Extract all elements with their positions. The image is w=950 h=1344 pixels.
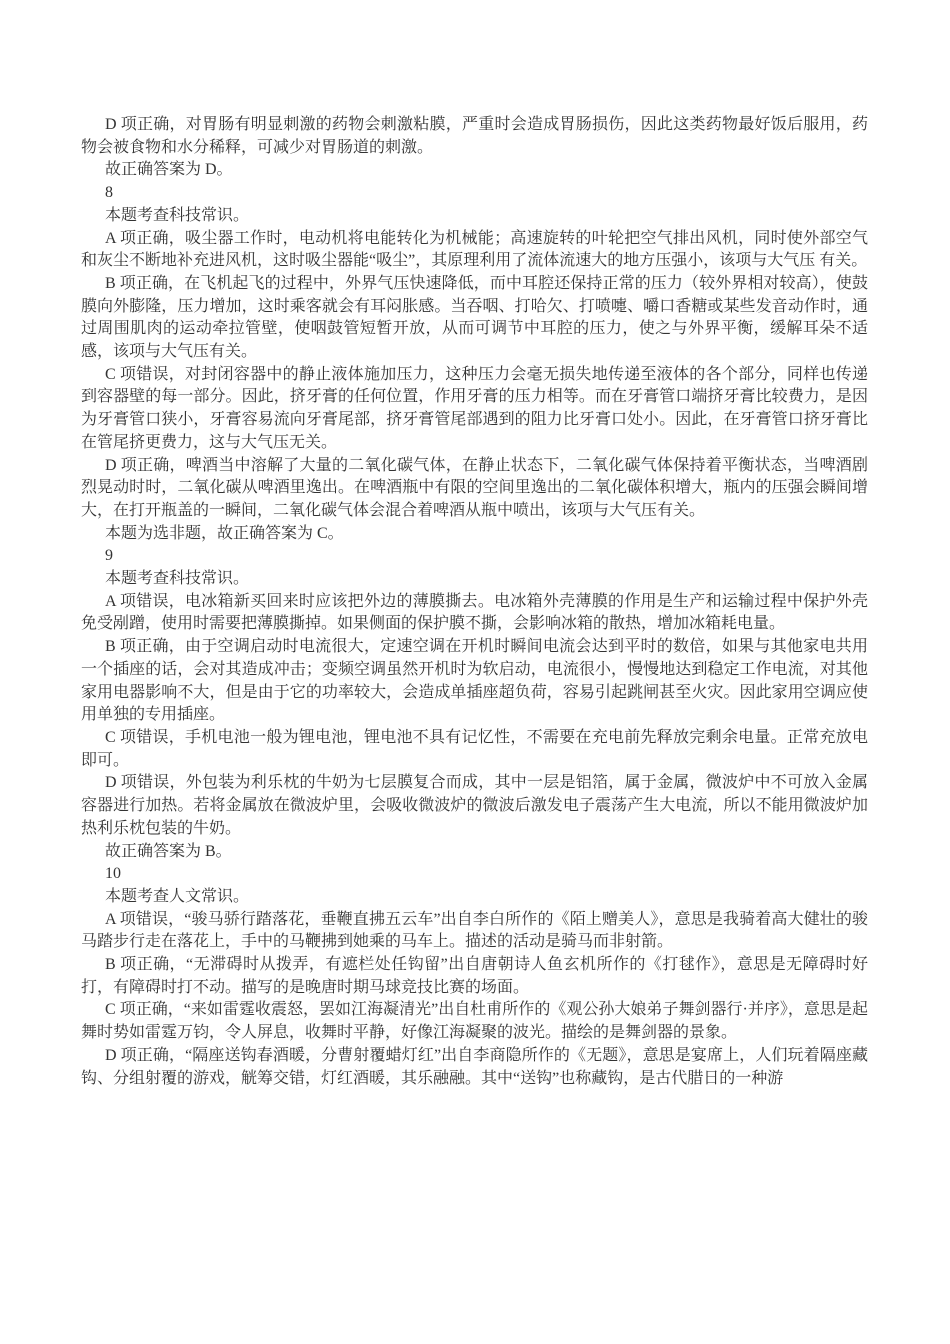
paragraph-option-a-q9: A 项错误，电冰箱新买回来时应该把外边的薄膜撕去。电冰箱外壳薄膜的作用是生产和运… xyxy=(81,591,868,636)
paragraph-option-c-q10: C 项正确，“来如雷霆收震怒，罢如江海凝清光”出自杜甫所作的《观公孙大娘弟子舞剑… xyxy=(81,999,868,1044)
paragraph-option-b-q10: B 项正确，“无滞碍时从拨弄，有遮栏处任钩留”出自唐朝诗人鱼玄机所作的《打毬作》… xyxy=(81,954,868,999)
paragraph-option-d-q10: D 项正确，“隔座送钩春酒暖，分曹射覆蜡灯红”出自李商隐所作的《无题》，意思是宴… xyxy=(81,1045,868,1090)
paragraph-option-c-q9: C 项错误，手机电池一般为锂电池，锂电池不具有记忆性，不需要在充电前先释放完剩余… xyxy=(81,727,868,772)
paragraph-option-c-q8: C 项错误，对封闭容器中的静止液体施加压力，这种压力会毫无损失地传递至液体的各个… xyxy=(81,364,868,455)
paragraph-option-d-q9: D 项错误，外包装为利乐枕的牛奶为七层膜复合而成，其中一层是铝箔，属于金属，微波… xyxy=(81,772,868,840)
paragraph-option-d-q8: D 项正确，啤酒当中溶解了大量的二氧化碳气体，在静止状态下，二氧化碳气体保持着平… xyxy=(81,455,868,523)
paragraph-option-a-q10: A 项错误，“骏马骄行踏落花，垂鞭直拂五云车”出自李白所作的《陌上赠美人》，意思… xyxy=(81,909,868,954)
exam-point-q10: 本题考查人文常识。 xyxy=(81,886,868,909)
paragraph-option-b-q9: B 项正确，由于空调启动时电流很大，定速空调在开机时瞬间电流会达到平时的数倍，如… xyxy=(81,636,868,727)
exam-point-q9: 本题考查科技常识。 xyxy=(81,568,868,591)
question-number-q10: 10 xyxy=(81,863,868,886)
question-number-q9: 9 xyxy=(81,545,868,568)
document-page: D 项正确，对胃肠有明显刺激的药物会刺激粘膜，严重时会造成胃肠损伤，因此这类药物… xyxy=(81,114,868,1090)
paragraph-option-a-q8: A 项正确，吸尘器工作时，电动机将电能转化为机械能；高速旋转的叶轮把空气排出风机… xyxy=(81,228,868,273)
question-number-q8: 8 xyxy=(81,182,868,205)
exam-point-q8: 本题考查科技常识。 xyxy=(81,205,868,228)
answer-line-q8: 本题为选非题，故正确答案为 C。 xyxy=(81,523,868,546)
answer-line-q7: 故正确答案为 D。 xyxy=(81,159,868,182)
answer-line-q9: 故正确答案为 B。 xyxy=(81,841,868,864)
paragraph-option-b-q8: B 项正确，在飞机起飞的过程中，外界气压快速降低，而中耳腔还保持正常的压力（较外… xyxy=(81,273,868,364)
paragraph-option-d-q7: D 项正确，对胃肠有明显刺激的药物会刺激粘膜，严重时会造成胃肠损伤，因此这类药物… xyxy=(81,114,868,159)
